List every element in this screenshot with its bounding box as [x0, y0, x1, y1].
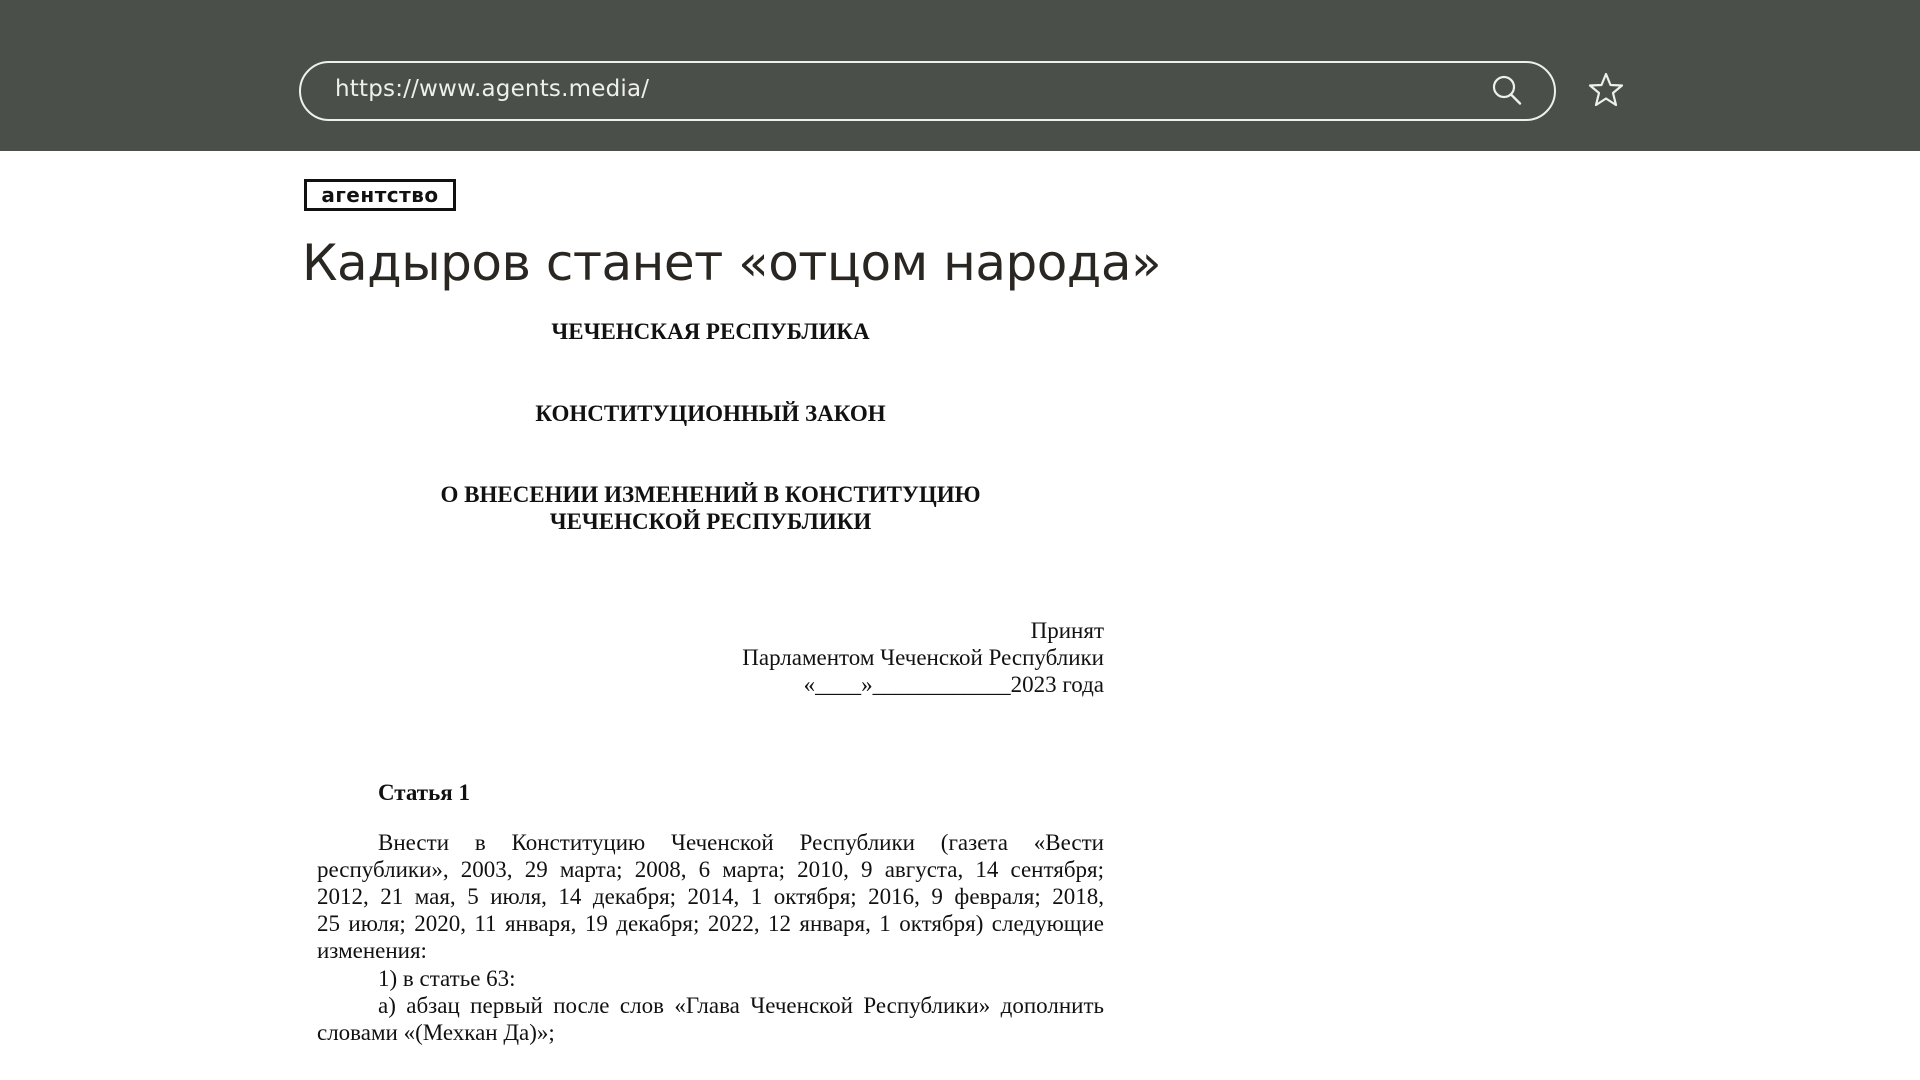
doc-paragraph-line: изменения:	[317, 938, 1104, 964]
search-icon[interactable]	[1489, 73, 1527, 111]
doc-item-a-line: словами «(Мехкан Да)»;	[317, 1020, 1104, 1046]
address-bar[interactable]: https://www.agents.media/	[299, 61, 1556, 121]
doc-paragraph-line: 25 июля; 2020, 11 января, 19 декабря; 20…	[317, 911, 1104, 937]
url-text[interactable]: https://www.agents.media/	[335, 76, 649, 102]
doc-item-a-line: а) абзац первый после слов «Глава Чеченс…	[317, 993, 1104, 1019]
doc-law-type: КОНСТИТУЦИОННЫЙ ЗАКОН	[317, 401, 1104, 427]
doc-region-title: ЧЕЧЕНСКАЯ РЕСПУБЛИКА	[317, 319, 1104, 345]
doc-adopted-label: Принят	[1031, 618, 1104, 644]
doc-adopted-date: «____»____________2023 года	[804, 672, 1104, 698]
logo-text: агентство	[321, 185, 438, 205]
doc-item-1: 1) в статье 63:	[317, 966, 1104, 992]
doc-adopted-by: Парламентом Чеченской Республики	[742, 645, 1104, 671]
browser-toolbar: https://www.agents.media/	[0, 0, 1920, 151]
doc-law-title-line-1: О ВНЕСЕНИИ ИЗМЕНЕНИЙ В КОНСТИТУЦИЮ	[317, 482, 1104, 508]
doc-article-title: Статья 1	[317, 780, 1104, 806]
site-logo[interactable]: агентство	[304, 179, 456, 211]
doc-paragraph-line: 2012, 21 мая, 5 июля, 14 декабря; 2014, …	[317, 884, 1104, 910]
doc-paragraph-line: республики», 2003, 29 марта; 2008, 6 мар…	[317, 857, 1104, 883]
doc-law-title-line-2: ЧЕЧЕНСКОЙ РЕСПУБЛИКИ	[317, 509, 1104, 535]
doc-paragraph-line: Внести в Конституцию Чеченской Республик…	[317, 830, 1104, 856]
star-icon[interactable]	[1586, 70, 1626, 110]
article-headline: Кадыров станет «отцом народа»	[302, 236, 1161, 291]
